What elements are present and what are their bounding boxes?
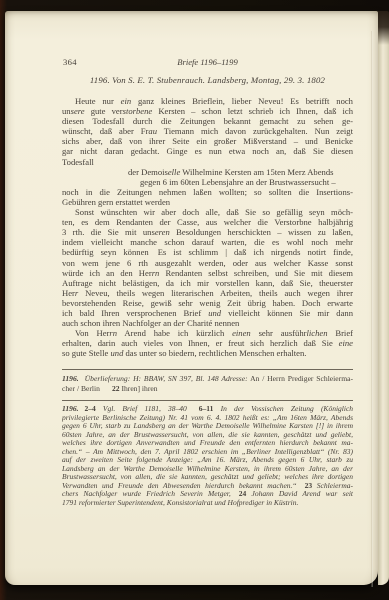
text-segment: diesen Todesfall durch die Zeitungen bek… [62, 116, 353, 126]
text-segment: eine [339, 338, 353, 348]
text-segment: gegen 6 im 60ten Lebensjahre an der Brus… [140, 177, 336, 187]
text-line: Gebühren gern erstattet werden [62, 197, 353, 207]
text-segment: Kersten – schon letzt schrieb ich Ihnen,… [152, 106, 353, 116]
text-segment: einen [232, 328, 251, 338]
text-segment: Gebühren gern erstattet werden [62, 197, 170, 207]
text-segment: 1791 reformierter Superintendent, Konsis… [62, 499, 298, 507]
text-line: Verwandten und Freunde den Abwesenden hi… [62, 482, 353, 491]
text-line: bedürftig seyn könnenEs ist schlimm | da… [62, 247, 353, 257]
text-line: Brustwassersucht, von allen, die sie kan… [62, 473, 353, 482]
text-segment: Verwandten und Freunde den Abwesenden hi… [62, 482, 297, 490]
text-line: 15indem vielleicht manche schon darauf w… [62, 237, 353, 247]
text-segment: bedürftig seyn können [62, 247, 149, 257]
apparatus-block: 1196.Überlieferung: H: BBAW, SN 397, Bl.… [62, 374, 353, 393]
text-segment: 1196. [62, 405, 78, 413]
text-segment: Arend habe ich kürzlich [117, 328, 232, 338]
text-segment: gar nicht daran gedacht. Ginge es nun et… [62, 146, 353, 156]
text-line: diesen Todesfall durch die Zeitungen bek… [62, 116, 353, 126]
text-segment: das unter so biedern, rechtlichen Mensch… [123, 348, 306, 358]
text-line: würde ich an den Herrn Rendanten selbst … [62, 268, 353, 278]
text-segment: Sonst wünschten wir aber doch alle, daß … [75, 207, 353, 217]
text-line: cher / Berlin22 Ihren] ihren [62, 384, 353, 394]
text-segment: rn [109, 328, 117, 338]
text-line: privilegierte Berlinische Zeitung) Nr. 4… [62, 414, 353, 423]
text-segment: storbene [123, 106, 153, 116]
text-segment: und [208, 308, 221, 318]
text-segment: chen.“ – Am Mittwoch, den 7. April 1802 … [62, 448, 353, 456]
text-line: ich bald Ihren versprochenen Brief und v… [62, 308, 353, 318]
text-segment: Johann David Arend war seit [252, 490, 353, 498]
page-crease [371, 31, 373, 587]
text-segment: cher / Berlin [62, 384, 100, 393]
text-segment: Es ist schlimm | daß ich nirgends notirt… [158, 247, 353, 257]
text-segment: gute ver [85, 106, 123, 116]
page-number: 364 [63, 56, 77, 68]
text-line: von wem jene 6 rth ausgezahlt werden, od… [62, 258, 353, 268]
text-line: so gute Stelle und das unter so biedern,… [62, 348, 353, 358]
text-segment: Auftrage nicht belästigen, da ich mir vo… [62, 278, 353, 288]
page-header: 364 Briefe 1196–1199 [62, 56, 353, 68]
text-segment: bevorstehenden Reise, gewiß sehr wenig Z… [62, 298, 353, 308]
text-line: 20Herr Neveu, theils wegen literarischen… [62, 288, 353, 298]
text-segment: 22 [112, 384, 120, 393]
text-segment: wünscht, daß aber Fr [62, 126, 148, 136]
text-segment: er [178, 318, 185, 328]
text-segment: 1196. [62, 374, 79, 383]
text-line: Heute nur ein ganz kleines Brieflein, li… [62, 96, 353, 106]
text-segment: auf der zweiten Seite folgende Anzeige: … [62, 456, 353, 464]
text-line: 60sten Jahre, an der Brustwassersucht, v… [62, 431, 353, 440]
text-line: gar nicht daran gedacht. Ginge es nun et… [62, 146, 353, 156]
text-segment: 3 rth. die Sie mit uns [62, 227, 155, 237]
text-segment: Ihren] ihren [120, 384, 158, 393]
text-segment: Charité nennen [185, 318, 239, 328]
text-line: 10noch in die Zeitungen nehmen laßen wol… [62, 187, 353, 197]
text-segment: Von Her [75, 328, 109, 338]
text-segment: au [148, 126, 157, 136]
letter-body: Heute nur ein ganz kleines Brieflein, li… [62, 96, 353, 358]
text-segment: und [110, 348, 123, 358]
book-page: 364 Briefe 1196–1199 1196. Von S. E. T. … [5, 11, 378, 585]
text-line: 5sichs aber, daß von ihrer Seite ein gro… [62, 136, 353, 146]
text-segment [96, 405, 103, 413]
text-segment: sehr ausführ [251, 328, 307, 338]
text-segment: gegen 6 Uhr, starb zu Landsberg an der W… [62, 422, 353, 430]
text-line: chers Nachfolger wurde Friedrich Severin… [62, 490, 353, 499]
text-segment: ich bald Ihren versprochenen Brief [62, 308, 208, 318]
text-line: 25erhalten, darin auch vieles von Ihnen,… [62, 338, 353, 348]
text-segment: eren [155, 227, 170, 237]
text-line: welches ihre dortigen Anverwandten und F… [62, 439, 353, 448]
text-segment: An / Herrn Prediger Schleierma- [248, 374, 353, 383]
text-segment: ein [121, 96, 132, 106]
text-segment: sichs aber, daß von ihrer Seite ein groß… [62, 136, 353, 146]
text-segment: Brief [328, 328, 354, 338]
text-segment: 6–11 [199, 405, 214, 413]
text-line: 1791 reformierter Superintendent, Konsis… [62, 499, 353, 508]
commentary-block: 1196.2–4 Vgl. Brief 1181, 38–406–11 In d… [62, 405, 353, 508]
text-segment: Landsberg an der Warthe Demoiselle Wilhe… [62, 465, 353, 473]
commentary-separator-rule [62, 400, 353, 401]
text-segment [213, 405, 220, 413]
text-segment: von wem jene 6 rth ausgezahlt werden, od… [62, 258, 353, 268]
text-line: Auftrage nicht belästigen, da ich mir vo… [62, 278, 353, 288]
text-segment: 2–4 [84, 405, 95, 413]
text-segment: elle [168, 167, 180, 177]
text-line: ten, es dem Rendanten der Casse, aus wel… [62, 217, 353, 227]
text-segment: Her [62, 288, 75, 298]
text-segment: Tiemann mich davon zurückgehalten. Nun z… [157, 126, 353, 136]
text-segment: Überlieferung: H: BBAW, SN 397, Bl. 148 … [85, 374, 248, 383]
text-line: 3 rth. die Sie mit unseren Besoldungen h… [62, 227, 353, 237]
text-line: wünscht, daß aber Frau Tiemann mich davo… [62, 126, 353, 136]
text-segment: auch schon ihren Nachfolger an d [62, 318, 178, 328]
text-segment: so gute Stelle [62, 348, 110, 358]
text-segment: Neveu, theils wegen literarischen Arbeit… [78, 288, 353, 298]
text-line: auch schon ihren Nachfolger an der Chari… [62, 318, 353, 328]
text-segment: privilegierte Berlinische Zeitung) Nr. 4… [62, 414, 353, 422]
text-segment: ganz kleines Brieflein, lieber Neveu! Es… [131, 96, 353, 106]
text-line: auf der zweiten Seite folgende Anzeige: … [62, 456, 353, 465]
text-segment: 23 [305, 482, 313, 490]
text-segment: erhalten, darin auch vieles von Ihnen, e… [62, 338, 339, 348]
text-line: Sonst wünschten wir aber doch alle, daß … [62, 207, 353, 217]
text-segment: noch in die Zeitungen nehmen laßen wollt… [62, 187, 353, 197]
text-line: gegen 6 im 60ten Lebensjahre an der Brus… [62, 177, 353, 187]
text-segment: Brustwassersucht, von allen, die sie kan… [62, 473, 353, 481]
text-line: bevorstehenden Reise, gewiß sehr wenig Z… [62, 298, 353, 308]
text-line: Landsberg an der Warthe Demoiselle Wilhe… [62, 465, 353, 474]
text-segment: Vgl. Brief 1181, 38–40 [103, 405, 187, 413]
text-line: Todesfall [62, 157, 353, 167]
text-segment: vielleicht können Sie mir dann [221, 308, 353, 318]
scanned-book-spread: { "colors": { "background": "#141009", "… [0, 0, 389, 600]
text-segment: chers Nachfolger wurde Friedrich Severin… [62, 490, 231, 498]
text-segment: Todesfall [62, 157, 94, 167]
text-segment: Rendanten selbst schreiben, und Sie mit … [159, 268, 353, 278]
text-segment: Wilhelmine Kersten am 15ten Merz Abends [180, 167, 333, 177]
text-segment: würde ich an den Her [62, 268, 152, 278]
page-edge [378, 11, 389, 585]
text-segment: indem vielleicht manche schon darauf war… [62, 237, 353, 247]
text-line: 1196.Überlieferung: H: BBAW, SN 397, Bl.… [62, 374, 353, 384]
text-line: chen.“ – Am Mittwoch, den 7. April 1802 … [62, 448, 353, 457]
text-segment: welches ihre dortigen Anverwandten und F… [62, 439, 353, 447]
text-line: gegen 6 Uhr, starb zu Landsberg an der W… [62, 422, 353, 431]
running-title: Briefe 1196–1199 [62, 56, 353, 68]
text-segment: sere [71, 106, 85, 116]
text-segment: In der Vossischen Zeitung (Königlich [221, 405, 353, 413]
text-line: 1196.2–4 Vgl. Brief 1181, 38–406–11 In d… [62, 405, 353, 414]
text-line: Von Herrn Arend habe ich kürzlich einen … [62, 328, 353, 338]
text-line: unsere gute verstorbene Kersten – schon … [62, 106, 353, 116]
text-column: 364 Briefe 1196–1199 1196. Von S. E. T. … [62, 11, 353, 585]
text-line: der Demoiselle Wilhelmine Kersten am 15t… [62, 167, 353, 177]
letter-title: 1196. Von S. E. T. Stubenrauch. Landsber… [62, 75, 353, 85]
text-segment: ten, es dem Rendanten der Casse, aus wel… [62, 217, 353, 227]
text-segment: 60sten Jahre, an der Brustwassersucht, v… [62, 431, 353, 439]
text-segment: der Demois [128, 167, 168, 177]
apparatus-separator-rule [62, 369, 353, 370]
text-segment: un [62, 106, 71, 116]
text-segment: Schleierma- [317, 482, 353, 490]
text-segment: lichen [307, 328, 328, 338]
text-segment: Besoldungen herschickten – wissen zu laß… [170, 227, 353, 237]
text-segment: Heute nur [75, 96, 121, 106]
